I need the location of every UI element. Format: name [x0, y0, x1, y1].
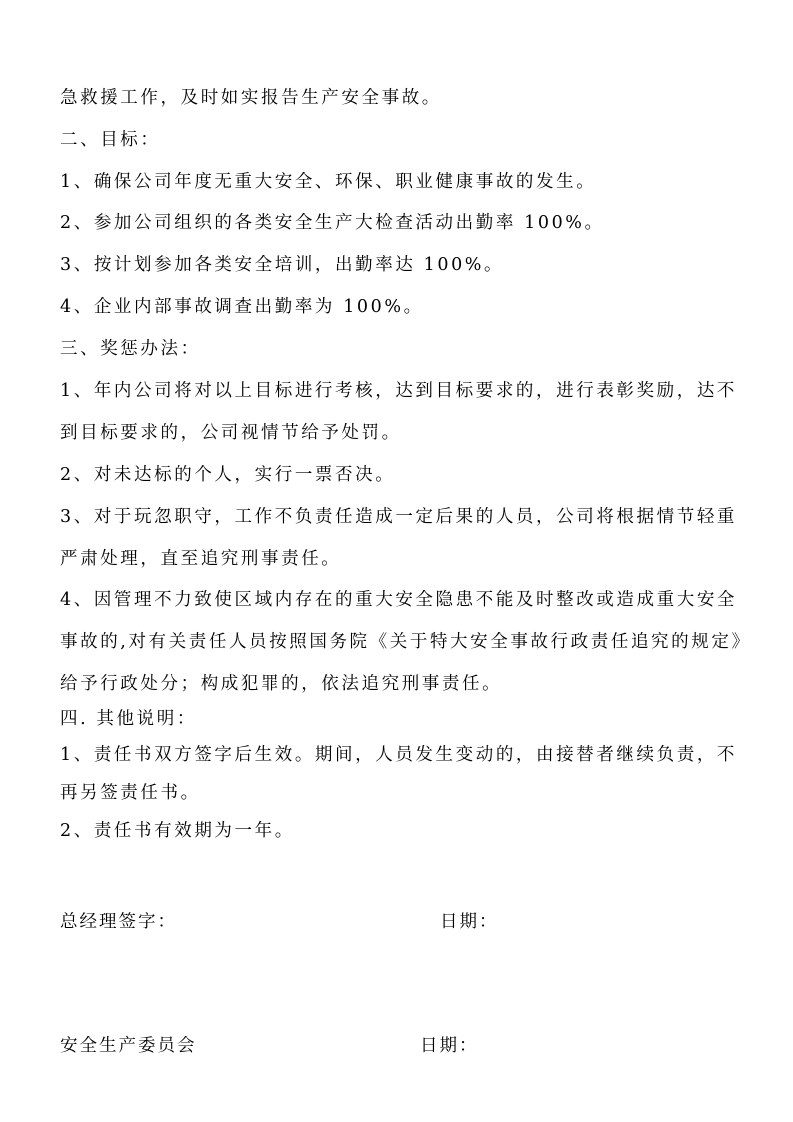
paragraph-line: 4、因管理不力致使区域内存在的重大安全隐患不能及时整改或造成重大安全: [60, 590, 737, 610]
committee-signature-label: 安全生产委员会: [60, 1036, 197, 1056]
paragraph-line: 2、对未达标的个人，实行一票否决。: [60, 465, 395, 485]
committee-date-label: 日期：: [420, 1036, 479, 1056]
paragraph-line: 事故的,对有关责任人员按照国务院《关于特大安全事故行政责任追究的规定》: [60, 632, 752, 652]
section-heading-rewards: 三、奖惩办法：: [60, 339, 201, 359]
paragraph-line: 给予行政处分；构成犯罪的，依法追究刑事责任。: [60, 674, 502, 694]
gm-signature-label: 总经理签字：: [60, 912, 177, 932]
paragraph-line: 2、责任书有效期为一年。: [60, 821, 295, 841]
paragraph-line: 2、参加公司组织的各类安全生产大检查活动出勤率 100%。: [60, 213, 605, 233]
paragraph-line: 3、对于玩忽职守，工作不负责任造成一定后果的人员，公司将根据情节轻重: [60, 507, 737, 527]
paragraph-line: 1、确保公司年度无重大安全、环保、职业健康事故的发生。: [60, 172, 596, 192]
paragraph-line: 严肃处理，直至追究刑事责任。: [60, 549, 341, 569]
paragraph-line: 再另签责任书。: [60, 783, 201, 803]
section-heading-goals: 二、目标：: [60, 130, 161, 150]
paragraph-line: 急救援工作，及时如实报告生产安全事故。: [60, 88, 442, 108]
paragraph-line: 3、按计划参加各类安全培训，出勤率达 100%。: [60, 255, 504, 275]
gm-date-label: 日期：: [440, 912, 499, 932]
paragraph-line: 到目标要求的，公司视情节给予处罚。: [60, 423, 402, 443]
paragraph-line: 4、企业内部事故调查出勤率为 100%。: [60, 297, 424, 317]
paragraph-line: 1、年内公司将对以上目标进行考核，达到目标要求的，进行表彰奖励，达不: [60, 381, 737, 401]
paragraph-line: 1、责任书双方签字后生效。期间，人员发生变动的，由接替者继续负责，不: [60, 745, 737, 765]
section-heading-other: 四. 其他说明：: [60, 709, 197, 729]
